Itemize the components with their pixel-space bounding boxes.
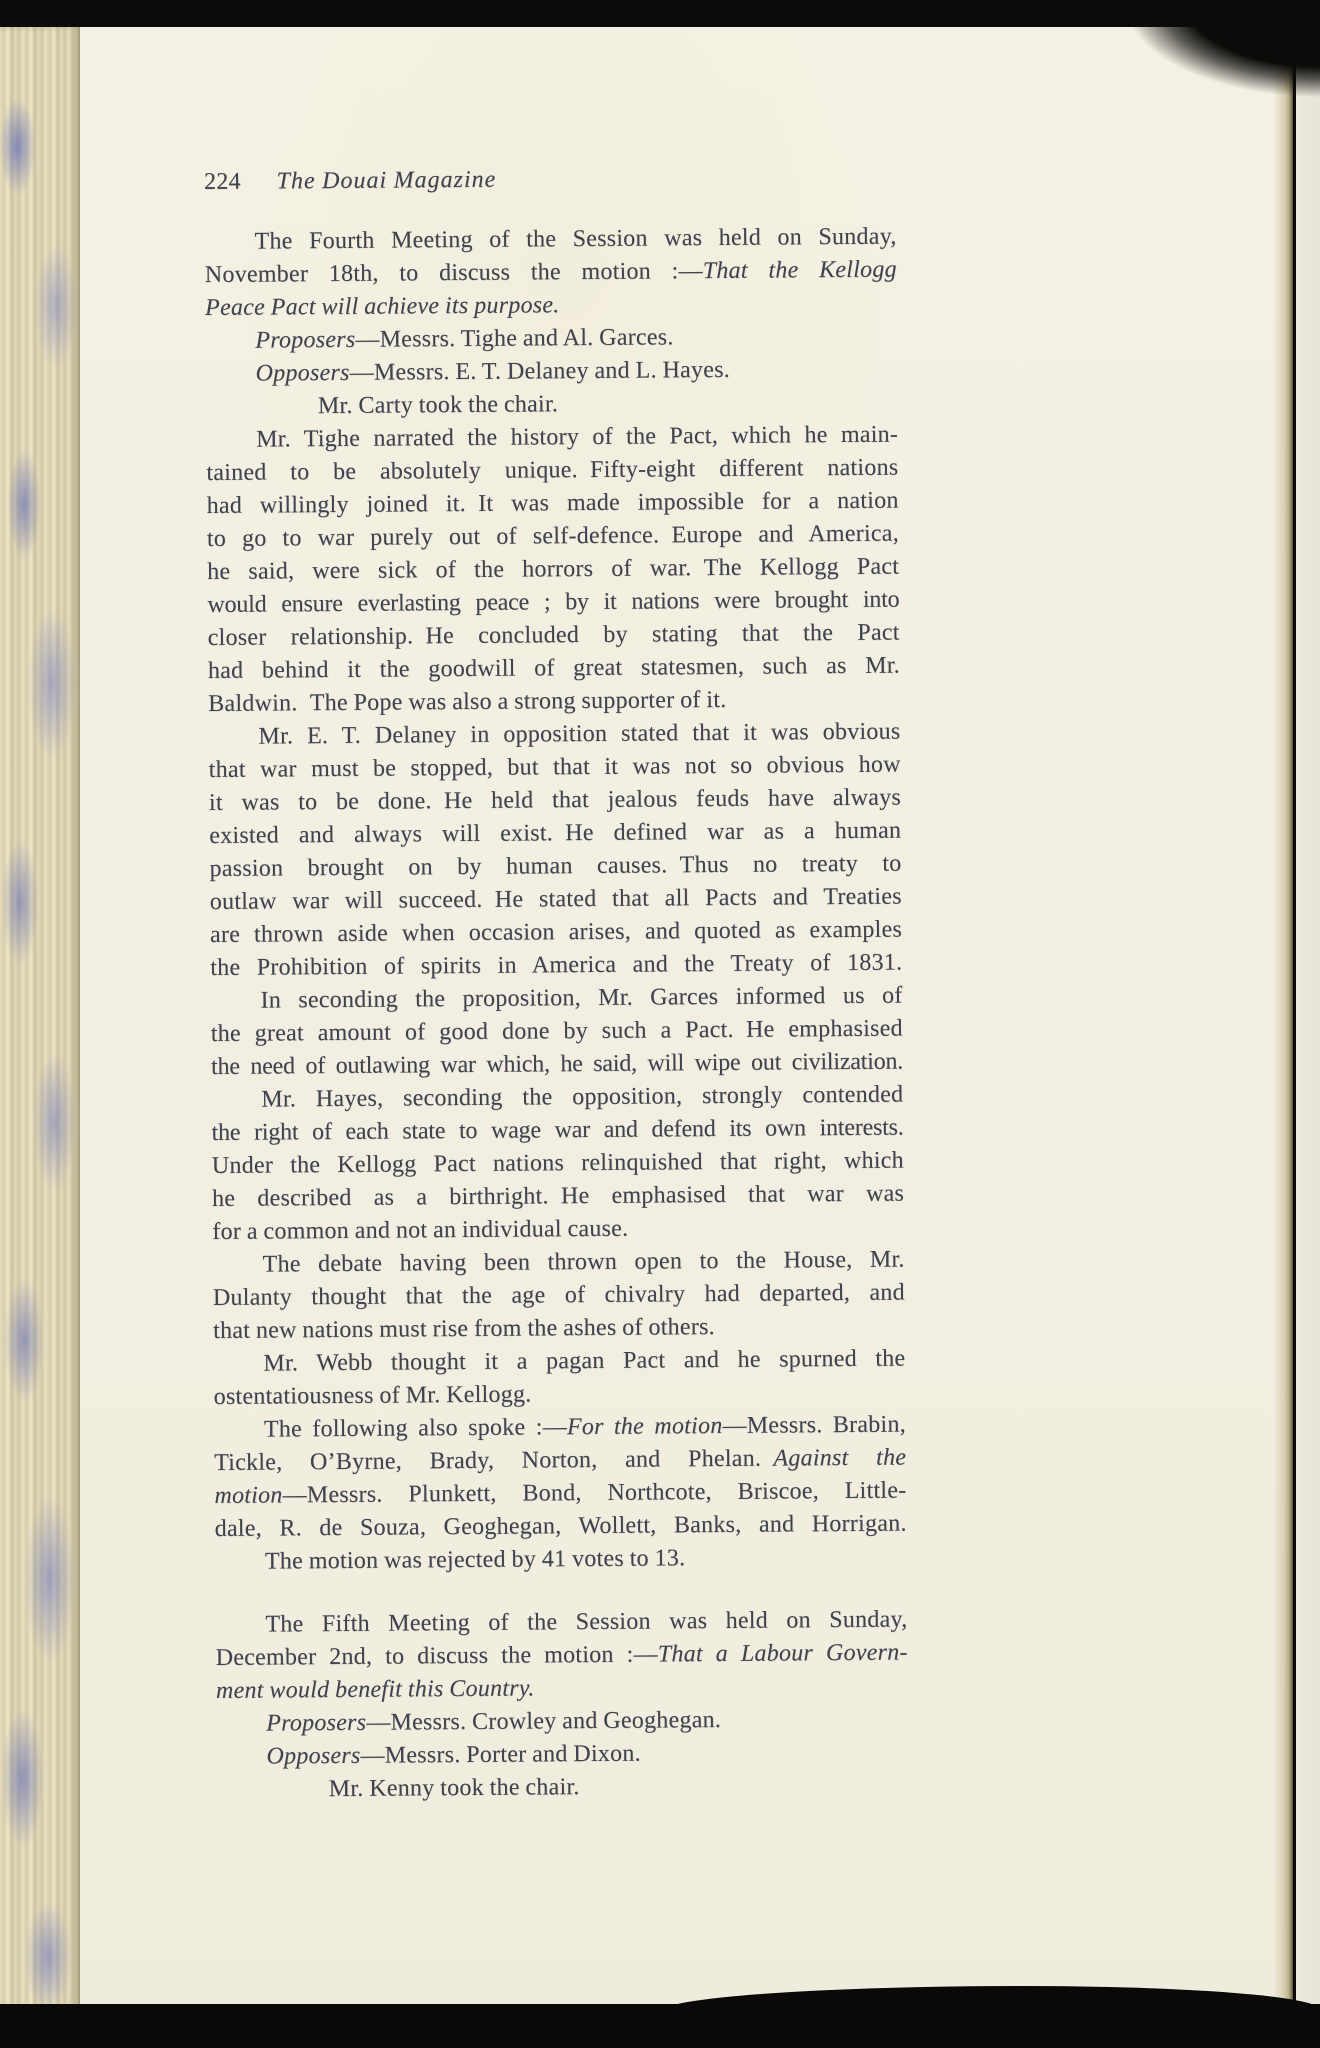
text-run: that war must be stopped, but that it wa… — [209, 752, 901, 783]
italic-text-run: Opposers — [256, 360, 350, 387]
text-line: closer relationship. He concluded by sta… — [208, 617, 900, 655]
text-block: 224 The Douai Magazine The Fourth Meetin… — [204, 161, 909, 1807]
text-line: motion—Messrs. Plunkett, Bond, Northcote… — [214, 1475, 906, 1513]
text-run: —Messrs. Brabin, — [722, 1412, 906, 1439]
text-run: to go to war purely out of self-defence.… — [207, 521, 899, 552]
text-line: Proposers—Messrs. Crowley and Geoghegan. — [216, 1703, 908, 1741]
text-line: outlaw war will succeed. He stated that … — [210, 881, 902, 919]
text-run: In seconding the proposition, Mr. Garces… — [260, 983, 902, 1014]
italic-text-run: Peace Pact will achieve its purpose. — [205, 292, 560, 321]
text-line: the great amount of good done by such a … — [211, 1013, 903, 1051]
fifth-meeting-intro: The Fifth Meeting of the Session was hel… — [215, 1604, 908, 1708]
text-run: passion brought on by human causes. Thus… — [209, 851, 901, 882]
text-run: The debate having been thrown open to th… — [263, 1247, 905, 1278]
italic-text-run: Opposers — [266, 1743, 360, 1770]
delaney-speech: Mr. E. T. Delaney in opposition stated t… — [208, 716, 902, 985]
text-run: the Prohibition of spirits in America an… — [210, 950, 902, 981]
text-run: Mr. E. T. Delaney in opposition stated t… — [258, 719, 900, 750]
text-line: that new nations must rise from the ashe… — [213, 1310, 905, 1348]
text-line: November 18th, to discuss the motion :—T… — [205, 254, 897, 292]
text-line: ment would benefit this Country. — [216, 1670, 908, 1708]
text-run: Under the Kellogg Pact nations relinquis… — [212, 1148, 904, 1179]
text-line: to go to war purely out of self-defence.… — [207, 518, 899, 556]
text-line: Peace Pact will achieve its purpose. — [205, 287, 897, 325]
text-run: Baldwin. The Pope was also a strong supp… — [208, 687, 726, 717]
text-line: December 2nd, to discuss the motion :—Th… — [216, 1637, 908, 1675]
tighe-speech: Mr. Tighe narrated the history of the Pa… — [206, 419, 900, 721]
text-run: Mr. Tighe narrated the history of the Pa… — [256, 422, 898, 453]
italic-text-run: Against the — [773, 1445, 906, 1472]
text-run: he described as a birthright. He emphasi… — [212, 1181, 904, 1212]
text-line: he said, were sick of the horrors of war… — [207, 551, 899, 589]
text-run: existed and always will exist. He define… — [209, 818, 901, 849]
text-line: existed and always will exist. He define… — [209, 815, 901, 853]
text-line: Baldwin. The Pope was also a strong supp… — [208, 683, 900, 721]
italic-text-run: ment would benefit this Country. — [216, 1675, 535, 1704]
italic-text-run: Proposers — [255, 327, 355, 354]
text-run: that new nations must rise from the ashe… — [213, 1314, 715, 1344]
text-line: Mr. E. T. Delaney in opposition stated t… — [208, 716, 900, 754]
text-line: Opposers—Messrs. E. T. Delaney and L. Ha… — [206, 353, 898, 391]
garces-speech: In seconding the proposition, Mr. Garces… — [210, 980, 903, 1084]
fourth-meeting-intro: The Fourth Meeting of the Session was he… — [204, 221, 897, 325]
italic-text-run: For the motion — [567, 1413, 723, 1440]
text-line: that war must be stopped, but that it wa… — [209, 749, 901, 787]
text-run: outlaw war will succeed. He stated that … — [210, 884, 902, 915]
text-run: Mr. Webb thought it a pagan Pact and he … — [263, 1346, 905, 1377]
text-run: The following also spoke :— — [264, 1414, 567, 1442]
text-run: are thrown aside when occasion arises, a… — [210, 917, 902, 948]
text-run: the great amount of good done by such a … — [211, 1016, 903, 1047]
book-cloth-bottom — [0, 2004, 1320, 2048]
text-run: dale, R. de Souza, Geoghegan, Wollett, B… — [215, 1511, 907, 1542]
text-run: the right of each state to wage war and … — [211, 1115, 903, 1146]
adjacent-page — [1296, 24, 1320, 2017]
fourth-meeting-participants: Proposers—Messrs. Tighe and Al. Garces.O… — [205, 320, 898, 424]
text-line: Mr. Kenny took the chair. — [217, 1768, 1021, 1807]
text-run: Mr. Hayes, seconding the opposition, str… — [261, 1082, 903, 1113]
text-line: had willingly joined it. It was made imp… — [207, 485, 899, 523]
text-line: The Fourth Meeting of the Session was he… — [204, 221, 896, 259]
text-run: —Messrs. Tighe and Al. Garces. — [355, 324, 673, 352]
text-run: November 18th, to discuss the motion :— — [205, 258, 703, 288]
text-line: Dulanty thought that the age of chivalry… — [213, 1277, 905, 1315]
text-run: The motion was rejected by 41 votes to 1… — [265, 1545, 686, 1574]
text-line: are thrown aside when occasion arises, a… — [210, 914, 902, 952]
text-line: Mr. Webb thought it a pagan Pact and he … — [213, 1343, 905, 1381]
other-speakers-and-result: The following also spoke :—For the motio… — [214, 1409, 907, 1579]
page-header: 224 The Douai Magazine — [204, 161, 896, 199]
fifth-meeting-participants: Proposers—Messrs. Crowley and Geoghegan.… — [216, 1703, 909, 1807]
text-run: closer relationship. He concluded by sta… — [208, 620, 900, 651]
text-run: would ensure everlasting peace ; by it n… — [207, 587, 899, 618]
text-run: —Messrs. Porter and Dixon. — [360, 1741, 641, 1769]
text-line: Tickle, O’Byrne, Brady, Norton, and Phel… — [214, 1442, 906, 1480]
text-line: Under the Kellogg Pact nations relinquis… — [212, 1145, 904, 1183]
webb-remark: Mr. Webb thought it a pagan Pact and he … — [213, 1343, 905, 1414]
text-run: Mr. Kenny took the chair. — [329, 1774, 580, 1802]
text-line: The following also spoke :—For the motio… — [214, 1409, 906, 1447]
text-line: the right of each state to wage war and … — [211, 1112, 903, 1150]
text-run: had behind it the goodwill of great stat… — [208, 653, 900, 684]
text-line: The Fifth Meeting of the Session was hel… — [215, 1604, 907, 1642]
text-line: Opposers—Messrs. Porter and Dixon. — [216, 1736, 908, 1774]
debate-open-dulanty: The debate having been thrown open to th… — [213, 1244, 906, 1348]
text-line: the need of outlawing war which, he said… — [211, 1046, 903, 1084]
text-run: December 2nd, to discuss the motion :— — [216, 1641, 658, 1670]
text-run: had willingly joined it. It was made imp… — [207, 488, 899, 519]
text-line: had behind it the goodwill of great stat… — [208, 650, 900, 688]
text-run: he said, were sick of the horrors of war… — [207, 554, 899, 585]
text-run: —Messrs. Crowley and Geoghegan. — [366, 1707, 721, 1736]
text-run: the need of outlawing war which, he said… — [211, 1049, 903, 1080]
text-line: ostentatiousness of Mr. Kellogg. — [214, 1376, 906, 1414]
text-line: The motion was rejected by 41 votes to 1… — [215, 1541, 907, 1579]
text-line: he described as a birthright. He emphasi… — [212, 1178, 904, 1216]
text-line: would ensure everlasting peace ; by it n… — [207, 584, 899, 622]
text-line: Mr. Hayes, seconding the opposition, str… — [211, 1079, 903, 1117]
text-line: In seconding the proposition, Mr. Garces… — [210, 980, 902, 1018]
text-run: —Messrs. E. T. Delaney and L. Hayes. — [350, 357, 731, 386]
italic-text-run: Proposers — [266, 1710, 366, 1737]
journal-title: The Douai Magazine — [277, 167, 497, 195]
text-line: tained to be absolutely unique. Fifty-ei… — [206, 452, 898, 490]
italic-text-run: motion — [214, 1482, 282, 1509]
text-line: the Prohibition of spirits in America an… — [210, 947, 902, 985]
text-run: The Fifth Meeting of the Session was hel… — [265, 1607, 907, 1638]
italic-text-run: That a Labour Govern- — [658, 1640, 908, 1668]
hayes-speech: Mr. Hayes, seconding the opposition, str… — [211, 1079, 904, 1249]
text-line: for a common and not an individual cause… — [212, 1211, 904, 1249]
text-run: ostentatiousness of Mr. Kellogg. — [214, 1381, 532, 1409]
text-run: it was to be done. He held that jealous … — [209, 785, 901, 816]
text-line: The debate having been thrown open to th… — [213, 1244, 905, 1282]
page-number: 224 — [204, 169, 241, 195]
text-line: passion brought on by human causes. Thus… — [209, 848, 901, 886]
text-line: dale, R. de Souza, Geoghegan, Wollett, B… — [215, 1508, 907, 1546]
text-run: tained to be absolutely unique. Fifty-ei… — [206, 455, 898, 486]
italic-text-run: That the Kellogg — [703, 257, 897, 285]
text-run: The Fourth Meeting of the Session was he… — [254, 224, 896, 255]
text-run: Tickle, O’Byrne, Brady, Norton, and Phel… — [214, 1446, 773, 1476]
text-line: Mr. Tighe narrated the history of the Pa… — [206, 419, 898, 457]
gutter-shadow — [1273, 27, 1293, 2017]
text-run: Dulanty thought that the age of chivalry… — [213, 1280, 905, 1311]
page-edge-stack — [0, 25, 80, 2017]
text-run: for a common and not an individual cause… — [212, 1216, 628, 1245]
text-line: it was to be done. He held that jealous … — [209, 782, 901, 820]
text-run: Mr. Carty took the chair. — [318, 391, 558, 419]
text-run: —Messrs. Plunkett, Bond, Northcote, Bris… — [283, 1478, 907, 1509]
text-line: Proposers—Messrs. Tighe and Al. Garces. — [205, 320, 897, 358]
book-cloth-top-fuzz — [1095, 0, 1320, 128]
paragraph-container: The Fourth Meeting of the Session was he… — [204, 221, 908, 1807]
